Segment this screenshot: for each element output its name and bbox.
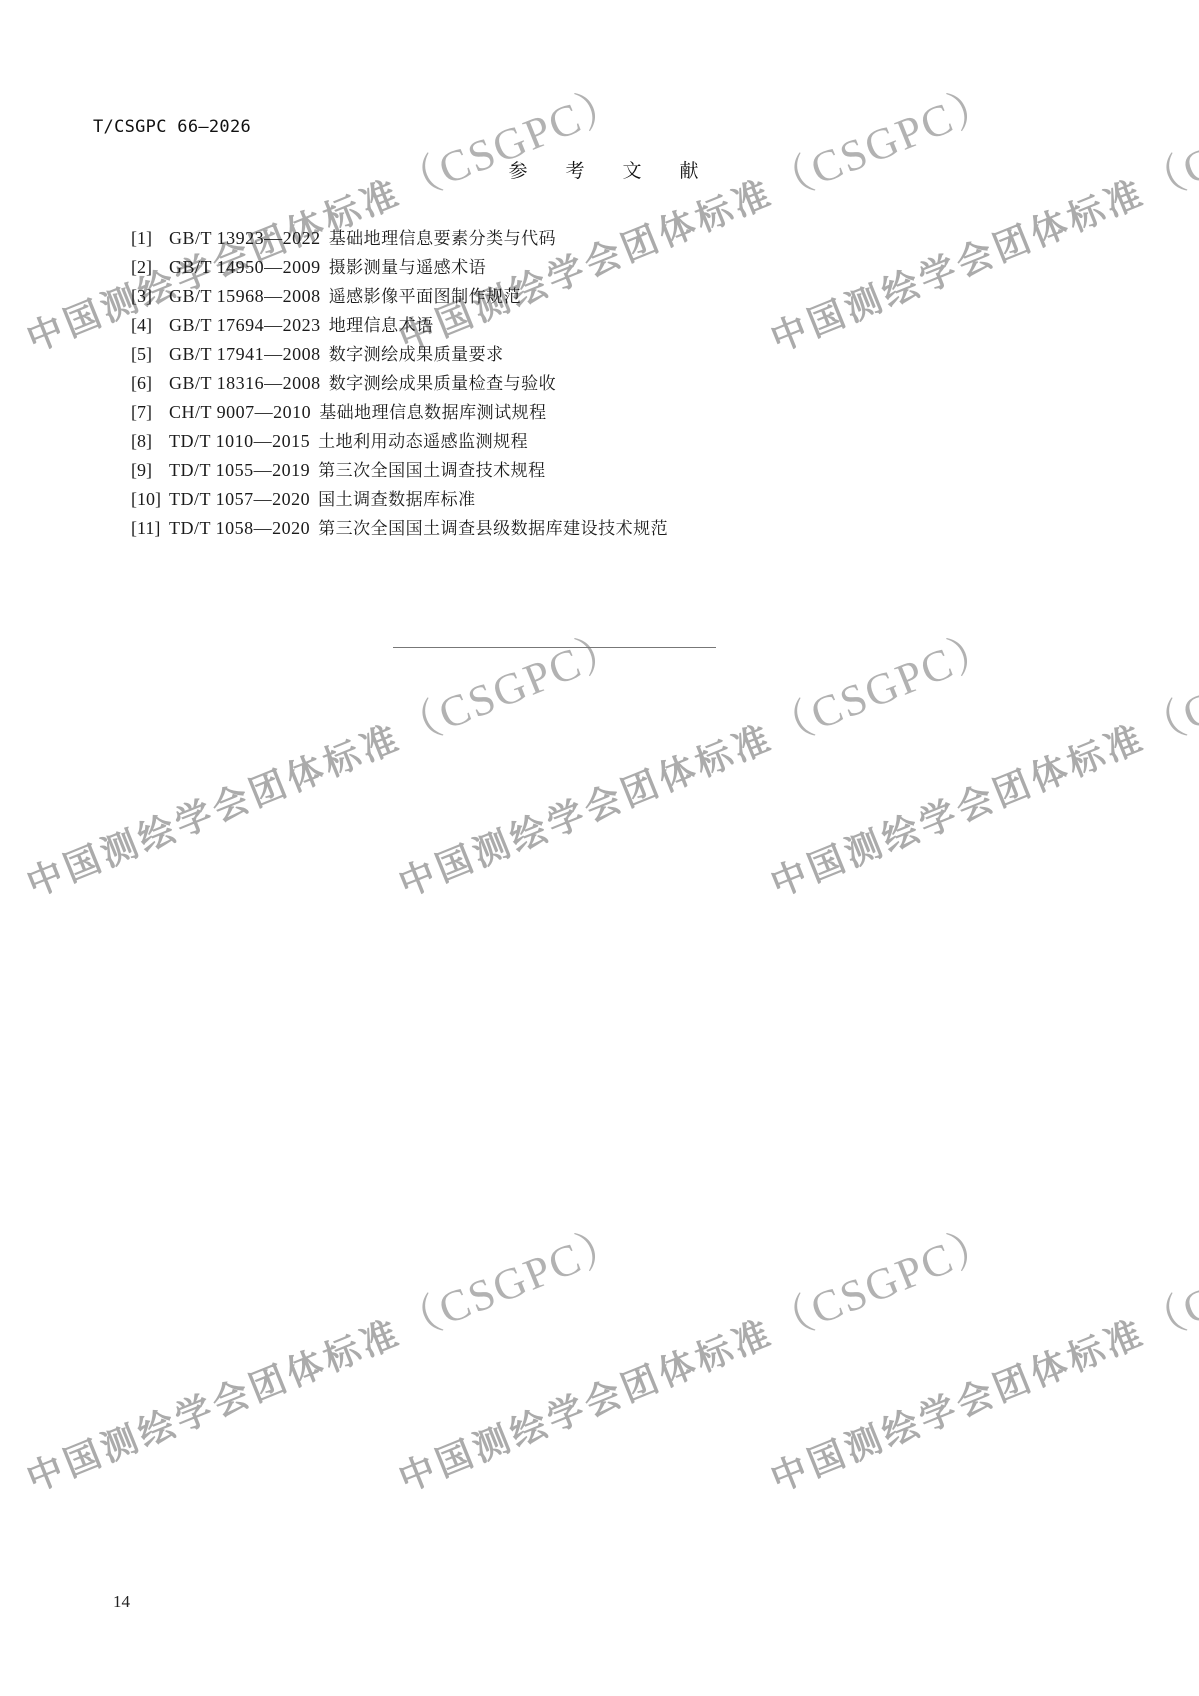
watermark-latin: （CSGPC） (389, 620, 631, 756)
reference-item: [10]TD/T 1057—2020国土调查数据库标准 (131, 485, 668, 514)
reference-title: 地理信息术语 (329, 316, 434, 336)
reference-title: 第三次全国国土调查县级数据库建设技术规范 (318, 519, 668, 539)
reference-code: GB/T 15968—2008 (169, 286, 321, 306)
watermark-text: 中国测绘学会团体标准 (21, 717, 407, 905)
reference-code: GB/T 17941—2008 (169, 344, 321, 364)
watermark-latin: （CSGPC） (761, 620, 1003, 756)
references-list: [1]GB/T 13923—2022基础地理信息要素分类与代码 [2]GB/T … (131, 224, 668, 543)
end-of-document-rule (393, 647, 716, 648)
reference-code: TD/T 1058—2020 (169, 518, 310, 538)
watermark: 中国测绘学会团体标准（CSGPC） (386, 1204, 1005, 1504)
reference-item: [1]GB/T 13923—2022基础地理信息要素分类与代码 (131, 224, 668, 253)
reference-code: GB/T 18316—2008 (169, 373, 321, 393)
section-title: 参 考 文 献 (0, 156, 1199, 183)
watermark-latin: （CSGPC） (1133, 75, 1199, 211)
watermark-text: 中国测绘学会团体标准 (393, 1312, 779, 1500)
reference-code: GB/T 17694—2023 (169, 315, 321, 335)
watermark: 中国测绘学会团体标准（CSGPC） (758, 1204, 1199, 1504)
watermark-latin: （CSGPC） (761, 1215, 1003, 1351)
watermark: 中国测绘学会团体标准（CSGPC） (758, 64, 1199, 364)
watermark: 中国测绘学会团体标准（CSGPC） (758, 609, 1199, 909)
reference-number: [3] (131, 282, 169, 311)
document-code: T/CSGPC 66—2026 (93, 117, 251, 137)
reference-item: [5]GB/T 17941—2008数字测绘成果质量要求 (131, 340, 668, 369)
reference-number: [5] (131, 340, 169, 369)
reference-number: [8] (131, 427, 169, 456)
reference-number: [7] (131, 398, 169, 427)
reference-title: 第三次全国国土调查技术规程 (318, 461, 546, 481)
watermark-latin: （CSGPC） (761, 75, 1003, 211)
watermark-text: 中国测绘学会团体标准 (765, 172, 1151, 360)
reference-item: [3]GB/T 15968—2008遥感影像平面图制作规范 (131, 282, 668, 311)
watermark-text: 中国测绘学会团体标准 (765, 717, 1151, 905)
reference-title: 遥感影像平面图制作规范 (329, 287, 522, 307)
watermark: 中国测绘学会团体标准（CSGPC） (386, 609, 1005, 909)
reference-number: [11] (131, 514, 169, 543)
watermark: 中国测绘学会团体标准（CSGPC） (14, 609, 633, 909)
watermark-text: 中国测绘学会团体标准 (393, 717, 779, 905)
watermark-latin: （CSGPC） (1133, 1215, 1199, 1351)
reference-code: TD/T 1055—2019 (169, 460, 310, 480)
reference-title: 数字测绘成果质量要求 (329, 345, 504, 365)
reference-code: CH/T 9007—2010 (169, 402, 311, 422)
reference-item: [6]GB/T 18316—2008数字测绘成果质量检查与验收 (131, 369, 668, 398)
reference-code: GB/T 14950—2009 (169, 257, 321, 277)
reference-number: [2] (131, 253, 169, 282)
reference-number: [9] (131, 456, 169, 485)
reference-number: [6] (131, 369, 169, 398)
reference-item: [11]TD/T 1058—2020第三次全国国土调查县级数据库建设技术规范 (131, 514, 668, 543)
reference-title: 基础地理信息要素分类与代码 (329, 229, 557, 249)
watermark-latin: （CSGPC） (1133, 620, 1199, 756)
watermark: 中国测绘学会团体标准（CSGPC） (14, 1204, 633, 1504)
watermark-latin: （CSGPC） (389, 75, 631, 211)
watermark-text: 中国测绘学会团体标准 (765, 1312, 1151, 1500)
reference-item: [9]TD/T 1055—2019第三次全国国土调查技术规程 (131, 456, 668, 485)
watermark-latin: （CSGPC） (389, 1215, 631, 1351)
watermark-text: 中国测绘学会团体标准 (21, 1312, 407, 1500)
reference-code: TD/T 1057—2020 (169, 489, 310, 509)
reference-title: 摄影测量与遥感术语 (329, 258, 487, 278)
reference-number: [10] (131, 485, 169, 514)
reference-title: 国土调查数据库标准 (318, 490, 476, 510)
reference-title: 数字测绘成果质量检查与验收 (329, 374, 557, 394)
reference-title: 土地利用动态遥感监测规程 (318, 432, 528, 452)
reference-code: GB/T 13923—2022 (169, 228, 321, 248)
reference-item: [7]CH/T 9007—2010基础地理信息数据库测试规程 (131, 398, 668, 427)
reference-item: [2]GB/T 14950—2009摄影测量与遥感术语 (131, 253, 668, 282)
reference-title: 基础地理信息数据库测试规程 (319, 403, 547, 423)
page-number: 14 (113, 1592, 130, 1612)
reference-number: [1] (131, 224, 169, 253)
reference-code: TD/T 1010—2015 (169, 431, 310, 451)
reference-item: [4]GB/T 17694—2023地理信息术语 (131, 311, 668, 340)
document-page: 中国测绘学会团体标准（CSGPC） 中国测绘学会团体标准（CSGPC） 中国测绘… (0, 0, 1199, 1696)
reference-item: [8]TD/T 1010—2015土地利用动态遥感监测规程 (131, 427, 668, 456)
reference-number: [4] (131, 311, 169, 340)
